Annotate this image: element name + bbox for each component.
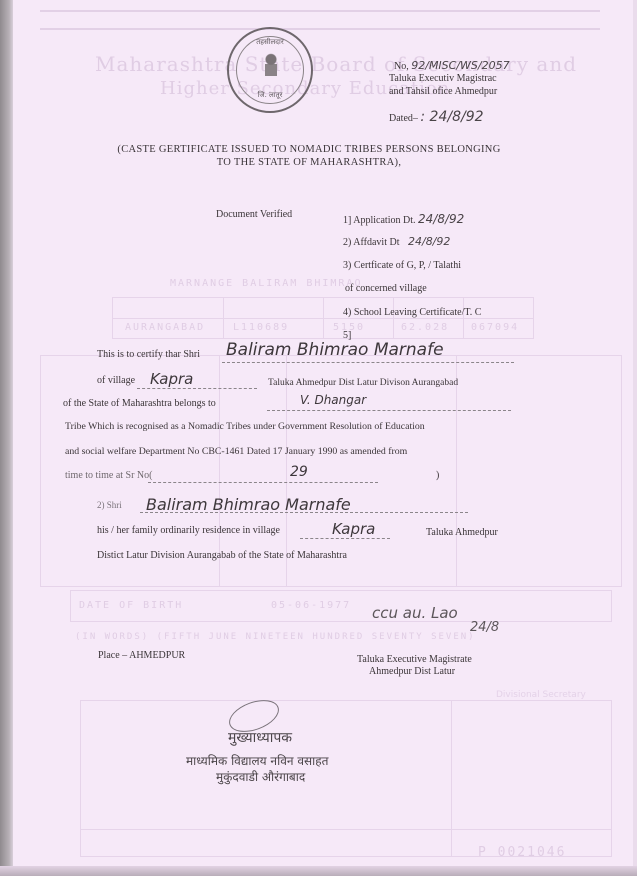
village-label: of village bbox=[97, 375, 135, 386]
certificate-page bbox=[13, 0, 633, 866]
certify-label: This is to certify thar Shri bbox=[97, 349, 200, 360]
scan-right-edge bbox=[633, 0, 637, 876]
residence-taluka: Taluka Ahmedpur bbox=[426, 527, 498, 538]
reference-number: No, 92/MISC/WS/2057 bbox=[394, 59, 510, 73]
scan-bottom-edge bbox=[0, 866, 637, 876]
office-line-1: Taluka Executiv Magistrac bbox=[389, 72, 497, 85]
stamp-line-1: मुख्याध्यापक bbox=[228, 728, 292, 747]
seal-bottom-text: जि. लातूर bbox=[229, 91, 311, 100]
official-seal: तहसीलदार जि. लातूर bbox=[227, 27, 313, 113]
ashoka-emblem-icon bbox=[263, 51, 279, 79]
sr-no-line bbox=[148, 482, 378, 483]
shri-label: 2) Shri bbox=[97, 500, 122, 510]
district-line: Distict Latur Division Aurangabab of the… bbox=[97, 550, 347, 561]
shri-name: Baliram Bhimrao Marnafe bbox=[146, 495, 351, 514]
title-line-2: TO THE STATE OF MAHARASHTRA), bbox=[107, 156, 511, 169]
dated: Dated– : 24/8/92 bbox=[389, 111, 484, 125]
office-line-2: and Tahsil ofice Ahmedpur bbox=[389, 85, 497, 98]
village-rest: Taluka Ahmedpur Dist Latur Divison Auran… bbox=[268, 378, 458, 388]
certificate-title: (CASTE GERTIFICATE ISSUED TO NOMADIC TRI… bbox=[107, 143, 511, 169]
doc-item-application: 1] Application Dt. 24/8/92 bbox=[343, 212, 464, 226]
title-line-1: (CASTE GERTIFICATE ISSUED TO NOMADIC TRI… bbox=[107, 143, 511, 156]
sr-no-value: 29 bbox=[290, 464, 308, 480]
place-label: Place – AHMEDPUR bbox=[98, 650, 185, 661]
doc-item-date: 24/8/92 bbox=[418, 212, 464, 226]
certify-name: Baliram Bhimrao Marnafe bbox=[226, 340, 444, 360]
sign-title-2: Ahmedpur Dist Latur bbox=[369, 666, 455, 677]
village-value: Kapra bbox=[150, 370, 193, 388]
doc-item-text: 2) Affdavit Dt bbox=[343, 237, 399, 248]
doc-item-date: 24/8/92 bbox=[408, 235, 450, 248]
residence-line bbox=[300, 538, 390, 539]
tribe-line: Tribe Which is recognised as a Nomadic T… bbox=[65, 421, 425, 432]
doc-item-gp-certificate: 3) Certficate of G, P, / Talathi bbox=[343, 260, 461, 271]
dated-value: : 24/8/92 bbox=[420, 109, 483, 125]
dated-label: Dated– bbox=[389, 113, 418, 124]
caste-line bbox=[267, 410, 511, 411]
certify-name-line bbox=[222, 362, 514, 363]
department-line: and social welfare Department No CBC-146… bbox=[65, 446, 407, 457]
document-verified-label: Document Verified bbox=[216, 209, 292, 220]
number-label: No, bbox=[394, 61, 409, 72]
caste-value: V. Dhangar bbox=[300, 393, 366, 407]
sign-title-1: Taluka Executive Magistrate bbox=[357, 654, 472, 665]
doc-item-school-leaving: 4) School Leaving Certificate/T. C bbox=[343, 307, 481, 318]
time-label: time to time at Sr No( bbox=[65, 470, 153, 481]
stamp-line-2: माध्यमिक विद्यालय नविन वसाहत bbox=[186, 752, 328, 769]
doc-item-village: of concerned village bbox=[345, 283, 427, 294]
sr-no-close: ) bbox=[436, 470, 439, 481]
village-line bbox=[137, 388, 257, 389]
doc-item-affidavit: 2) Affdavit Dt 24/8/92 bbox=[343, 235, 450, 248]
signature-date: 24/8 bbox=[470, 620, 499, 635]
number-value: 92/MISC/WS/2057 bbox=[411, 59, 509, 72]
residence-label: his / her family ordinarily residence in… bbox=[97, 525, 280, 536]
state-label: of the State of Maharashtra belongs to bbox=[63, 398, 216, 409]
magistrate-signature: ccu au. Lao bbox=[372, 604, 458, 622]
seal-top-text: तहसीलदार bbox=[229, 38, 311, 47]
stamp-line-3: मुकुंदवाडी औरंगाबाद bbox=[216, 768, 305, 785]
doc-item-text: 1] Application Dt. bbox=[343, 215, 416, 226]
residence-value: Kapra bbox=[332, 520, 375, 538]
scan-left-edge bbox=[0, 0, 13, 876]
